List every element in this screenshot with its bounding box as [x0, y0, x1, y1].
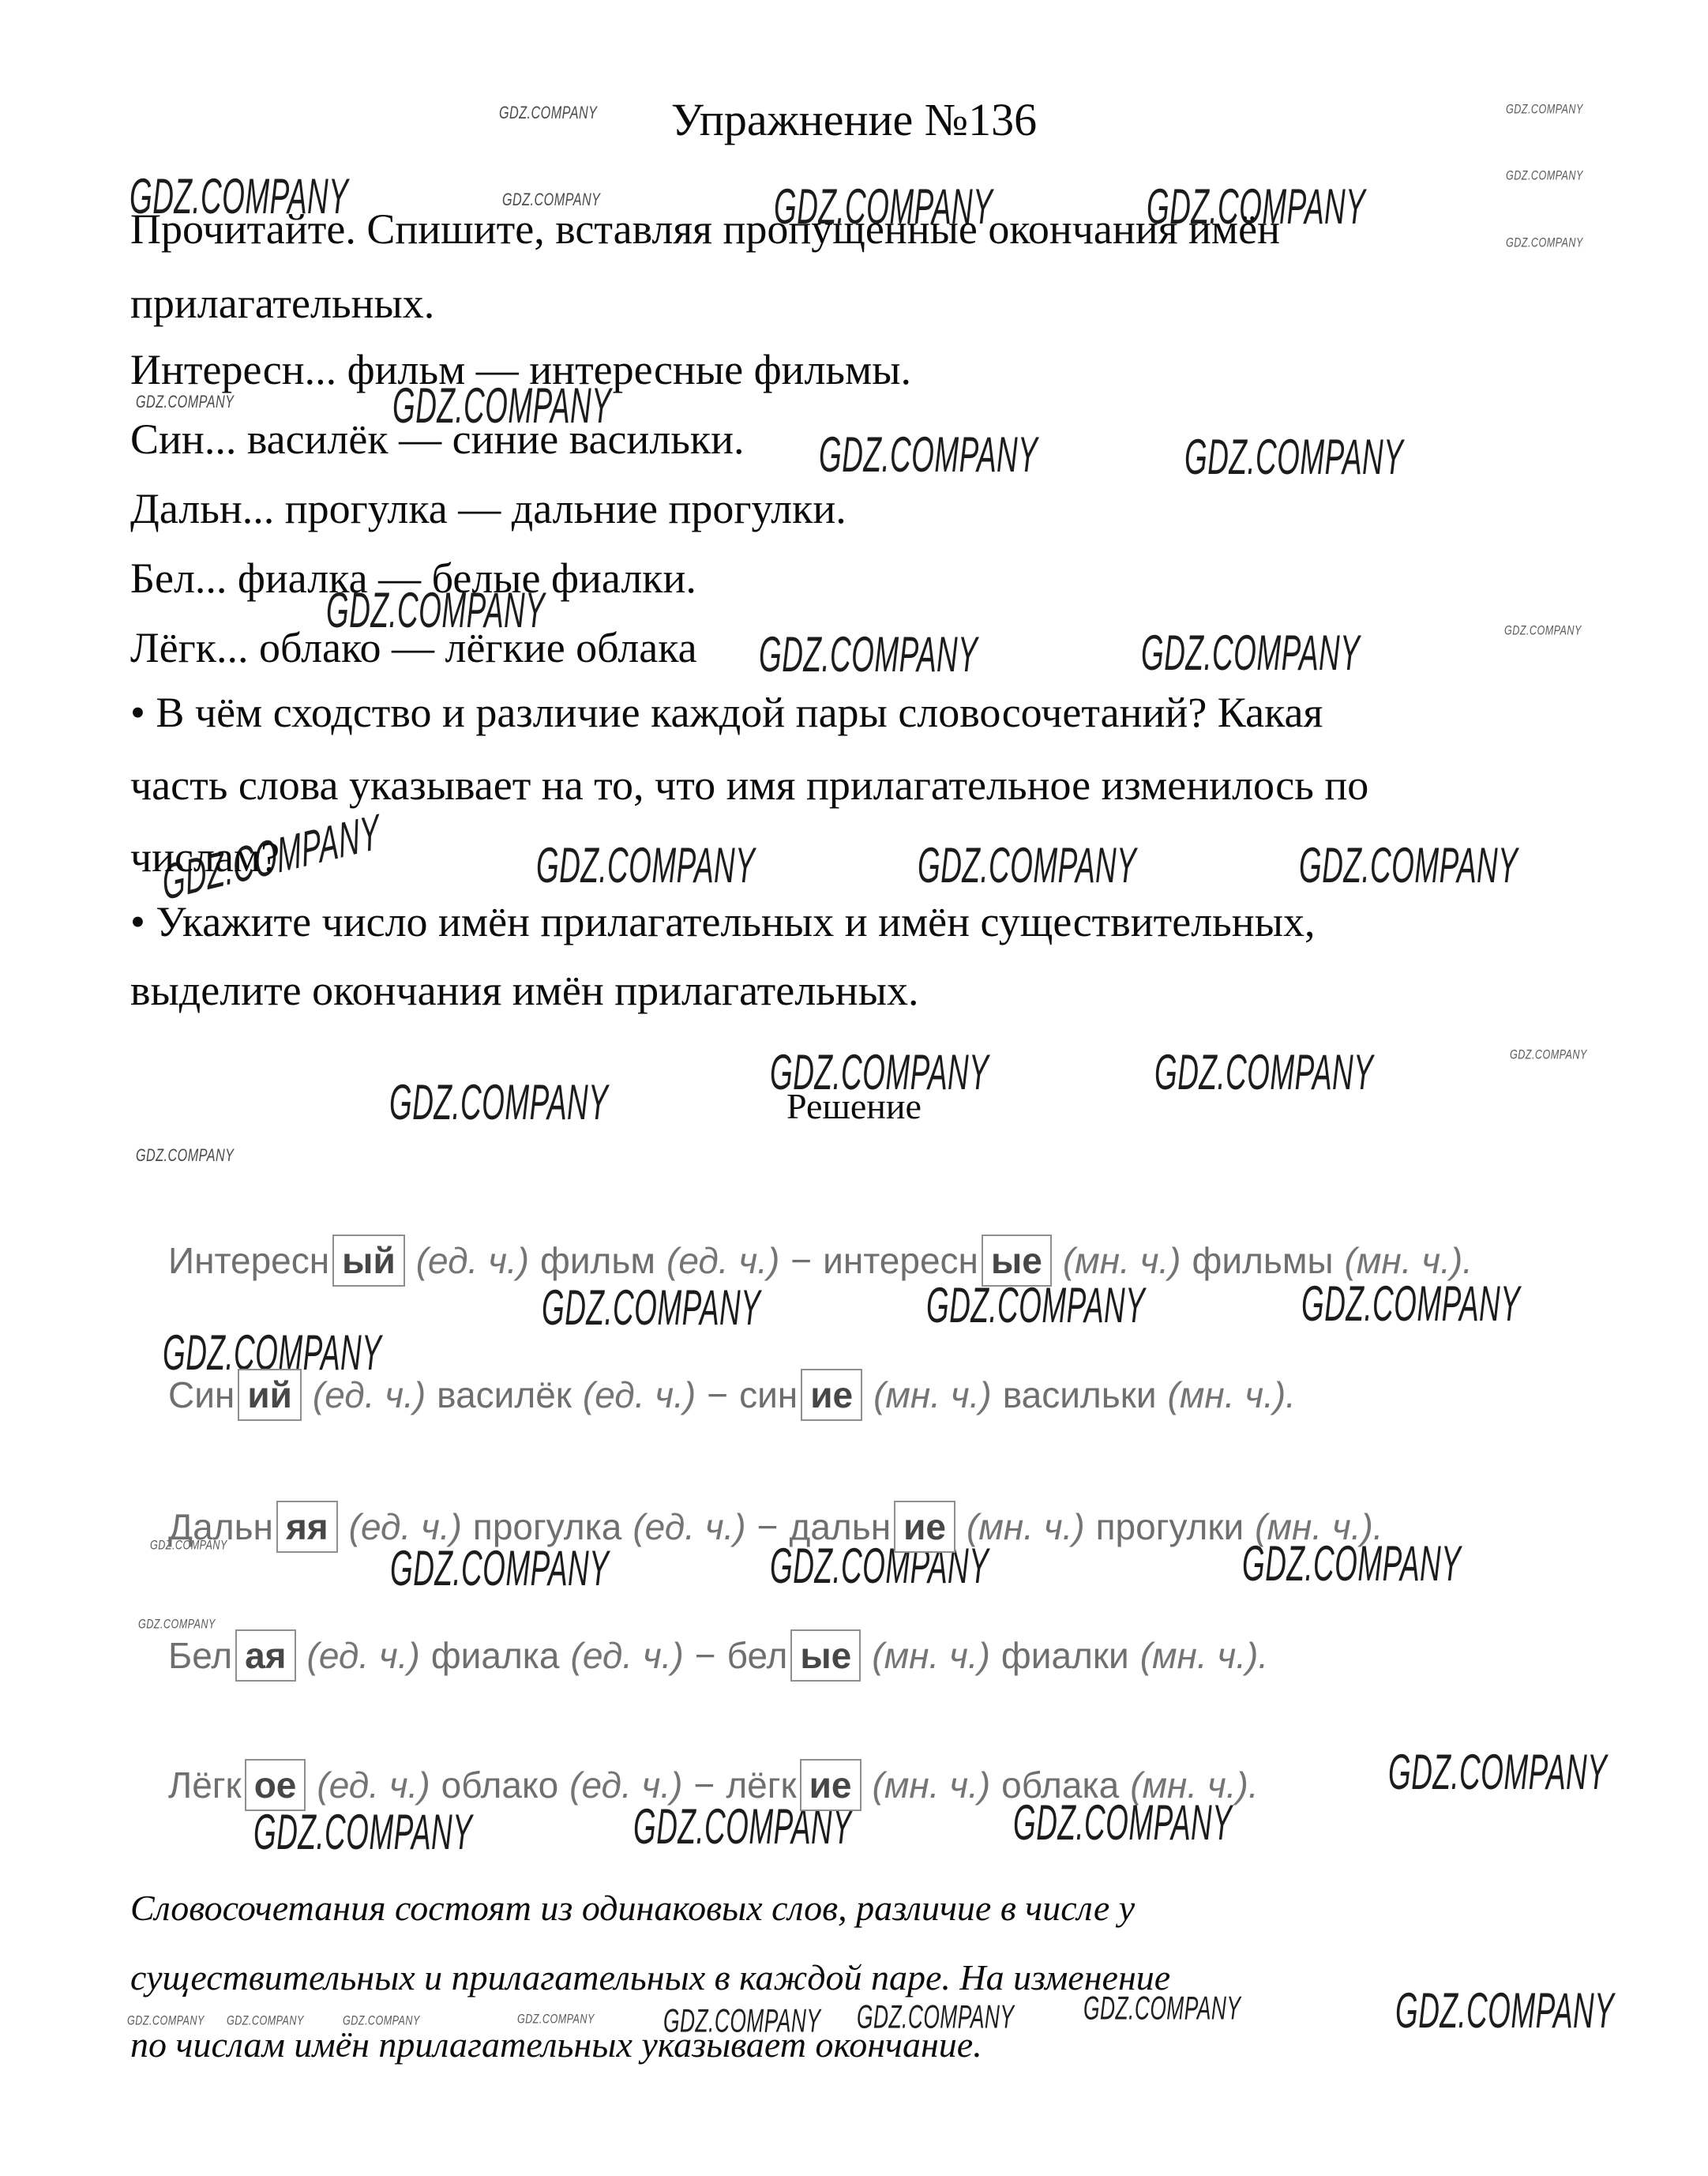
adjective-plural: дальние	[789, 1501, 955, 1553]
ending-box: яя	[276, 1501, 338, 1553]
ending-box: ие	[801, 1369, 862, 1421]
solution-row: Лёгкое (ед. ч.) облако (ед. ч.) − лёгкие…	[168, 1759, 1259, 1811]
question-line: числам?	[130, 836, 280, 878]
number-note: (мн. ч.)	[872, 1634, 990, 1677]
adjective-singular: Белая	[168, 1629, 296, 1682]
dash: −	[707, 1374, 728, 1416]
dash: −	[695, 1634, 716, 1677]
noun-word: облако	[441, 1764, 559, 1806]
number-note: (ед. ч.)	[317, 1764, 430, 1806]
watermark: GDZ.COMPANY	[1506, 167, 1583, 182]
watermark: GDZ.COMPANY	[819, 427, 1038, 483]
adjective-stem: интересн	[823, 1239, 978, 1282]
word-pair-line: Интересн... фильм — интересные фильмы.	[130, 348, 911, 391]
adjective-plural: лёгкие	[726, 1759, 861, 1811]
watermark: GDZ.COMPANY	[1299, 837, 1518, 894]
task-line: Прочитайте. Спишите, вставляя пропущенны…	[130, 208, 1280, 250]
watermark: GDZ.COMPANY	[1184, 429, 1403, 486]
watermark: GDZ.COMPANY	[1388, 1744, 1607, 1801]
number-note: (ед. ч.)	[666, 1239, 779, 1282]
watermark: GDZ.COMPANY	[136, 392, 234, 412]
adjective-stem: дальн	[789, 1505, 891, 1548]
number-note: (мн. ч.).	[1345, 1239, 1473, 1282]
ending-box: ие	[894, 1501, 955, 1553]
number-note: (ед. ч.)	[569, 1764, 682, 1806]
watermark: GDZ.COMPANY	[1510, 1047, 1587, 1062]
watermark: GDZ.COMPANY	[542, 1280, 760, 1336]
adjective-stem: Интересн	[168, 1239, 329, 1282]
noun-word: василёк	[437, 1374, 572, 1416]
number-note: (ед. ч.)	[313, 1374, 426, 1416]
number-note: (мн. ч.).	[1168, 1374, 1296, 1416]
adjective-singular: Интересный	[168, 1235, 405, 1287]
solution-row: Белая (ед. ч.) фиалка (ед. ч.) − белые (…	[168, 1629, 1268, 1682]
question-line: часть слова указывает на то, что имя при…	[130, 764, 1368, 806]
conclusion-line: по числам имён прилагательных указывает …	[130, 2027, 982, 2063]
watermark: GDZ.COMPANY	[253, 1804, 472, 1861]
number-note: (мн. ч.).	[1140, 1634, 1268, 1677]
question-line: • В чём сходство и различие каждой пары …	[130, 691, 1323, 734]
dash: −	[790, 1239, 812, 1282]
adjective-stem: Син	[168, 1374, 235, 1416]
number-note: (ед. ч.)	[633, 1505, 745, 1548]
solution-row: Дальняя (ед. ч.) прогулка (ед. ч.) − дал…	[168, 1501, 1383, 1553]
solution-heading: Решение	[0, 1085, 1708, 1127]
adjective-stem: Дальн	[168, 1505, 273, 1548]
solution-row: Синий (ед. ч.) василёк (ед. ч.) − синие …	[168, 1369, 1296, 1421]
conclusion-line: существительных и прилагательных в каждо…	[130, 1960, 1170, 1996]
adjective-singular: Лёгкое	[168, 1759, 306, 1811]
adjective-stem: син	[739, 1374, 798, 1416]
number-note: (мн. ч.)	[967, 1505, 1085, 1548]
adjective-plural: синие	[739, 1369, 862, 1421]
adjective-singular: Синий	[168, 1369, 302, 1421]
dash: −	[757, 1505, 779, 1548]
task-line: прилагательных.	[130, 282, 434, 325]
watermark: GDZ.COMPANY	[1141, 625, 1360, 682]
instruction-line: выделите окончания имён прилагательных.	[130, 969, 918, 1012]
number-note: (мн. ч.).	[1130, 1764, 1258, 1806]
word-pair-line: Дальн... прогулка — дальние прогулки.	[130, 487, 846, 530]
watermark: GDZ.COMPANY	[918, 837, 1136, 894]
word-pair-line: Лёгк... облако — лёгкие облака	[130, 626, 697, 669]
ending-box: ая	[235, 1629, 295, 1682]
document-page: GDZ.COMPANY GDZ.COMPANY GDZ.COMPANY GDZ.…	[0, 0, 1708, 2176]
number-note: (ед. ч.)	[571, 1634, 684, 1677]
page-title: Упражнение №136	[0, 93, 1708, 146]
adjective-stem: бел	[727, 1634, 788, 1677]
word-pair-line: Син... василёк — синие васильки.	[130, 418, 745, 460]
watermark: GDZ.COMPANY	[1504, 622, 1582, 637]
ending-box: ые	[982, 1235, 1052, 1287]
dash: −	[693, 1764, 715, 1806]
number-note: (мн. ч.).	[1255, 1505, 1383, 1548]
noun-word: фильм	[540, 1239, 655, 1282]
adjective-plural: белые	[727, 1629, 862, 1682]
ending-box: ое	[245, 1759, 306, 1811]
ending-box: ие	[800, 1759, 862, 1811]
noun-word: фиалки	[1001, 1634, 1129, 1677]
conclusion-line: Словосочетания состоят из одинаковых сло…	[130, 1890, 1135, 1926]
noun-word: прогулки	[1096, 1505, 1244, 1548]
watermark: GDZ.COMPANY	[1506, 235, 1583, 250]
noun-word: прогулка	[473, 1505, 621, 1548]
watermark: GDZ.COMPANY	[136, 1145, 234, 1166]
ending-box: ый	[332, 1235, 405, 1287]
noun-word: васильки	[1003, 1374, 1157, 1416]
watermark: GDZ.COMPANY	[759, 626, 978, 683]
number-note: (ед. ч.)	[349, 1505, 462, 1548]
instruction-line: • Укажите число имён прилагательных и им…	[130, 900, 1315, 943]
number-note: (мн. ч.)	[873, 1374, 992, 1416]
watermark: GDZ.COMPANY	[536, 837, 755, 894]
adjective-plural: интересные	[823, 1235, 1052, 1287]
adjective-stem: Лёгк	[168, 1764, 242, 1806]
number-note: (мн. ч.)	[1063, 1239, 1181, 1282]
watermark: GDZ.COMPANY	[1395, 1982, 1614, 2039]
number-note: (ед. ч.)	[307, 1634, 420, 1677]
solution-row: Интересный (ед. ч.) фильм (ед. ч.) − инт…	[168, 1235, 1473, 1287]
noun-word: фиалка	[431, 1634, 560, 1677]
word-pair-line: Бел... фиалка — белые фиалки.	[130, 557, 696, 599]
ending-box: ий	[238, 1369, 302, 1421]
number-note: (мн. ч.)	[873, 1764, 991, 1806]
adjective-stem: лёгк	[726, 1764, 796, 1806]
number-note: (ед. ч.)	[583, 1374, 696, 1416]
noun-word: фильмы	[1192, 1239, 1333, 1282]
adjective-stem: Бел	[168, 1634, 232, 1677]
adjective-singular: Дальняя	[168, 1501, 338, 1553]
noun-word: облака	[1001, 1764, 1119, 1806]
number-note: (ед. ч.)	[416, 1239, 529, 1282]
ending-box: ые	[790, 1629, 861, 1682]
